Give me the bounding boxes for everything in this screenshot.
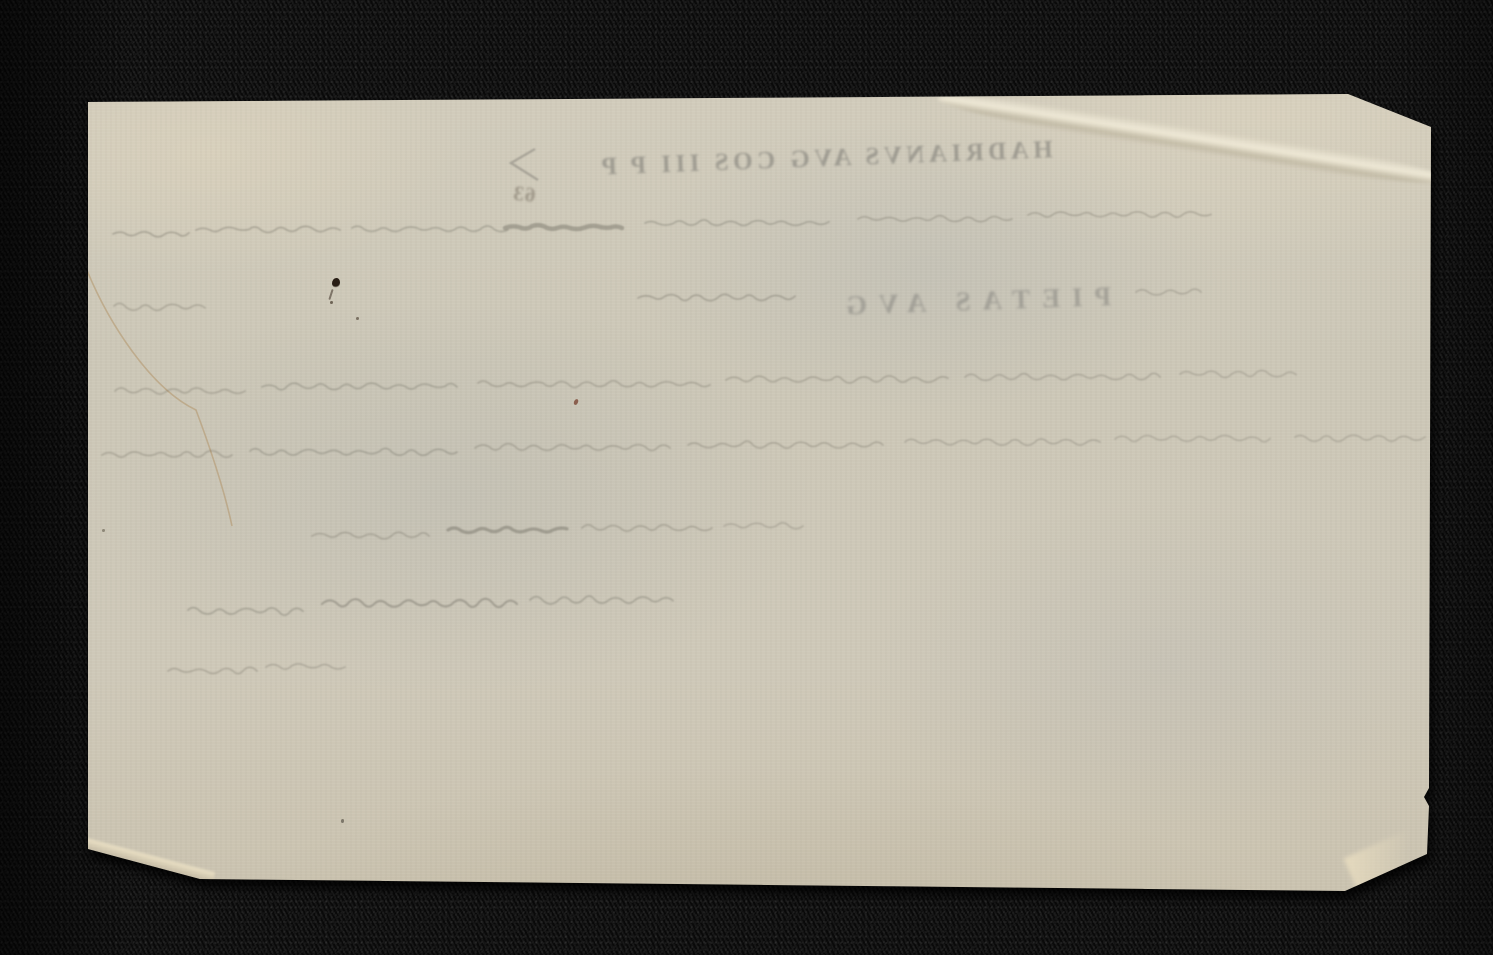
- ink-speck: [356, 317, 359, 320]
- paper-shadow-wrap: HADRIANVS AVG COS III P P 63 PIETAS AVG: [0, 0, 1493, 955]
- ghost-stamp-number: 63: [505, 179, 544, 209]
- document-scan: HADRIANVS AVG COS III P P 63 PIETAS AVG: [0, 0, 1493, 955]
- fold-crease: [936, 84, 1454, 195]
- ghost-handwriting: [0, 0, 1493, 955]
- ghost-stamp-line: HADRIANVS AVG COS III P P: [544, 129, 1105, 188]
- corner-cut-highlight-bottom-right: [1343, 821, 1444, 897]
- ink-spot-tail: [328, 289, 333, 300]
- red-ink-speck: [573, 398, 579, 405]
- ghost-legend-line: PIETAS AVG: [799, 277, 1145, 325]
- corner-cut-highlight-bottom-left: [76, 836, 215, 886]
- ink-spot: [332, 278, 340, 288]
- ink-speck: [330, 301, 333, 304]
- ink-speck: [341, 819, 344, 823]
- ink-speck: [102, 529, 105, 532]
- scratch-line: [0, 0, 1493, 955]
- paper-verso: HADRIANVS AVG COS III P P 63 PIETAS AVG: [0, 0, 1493, 955]
